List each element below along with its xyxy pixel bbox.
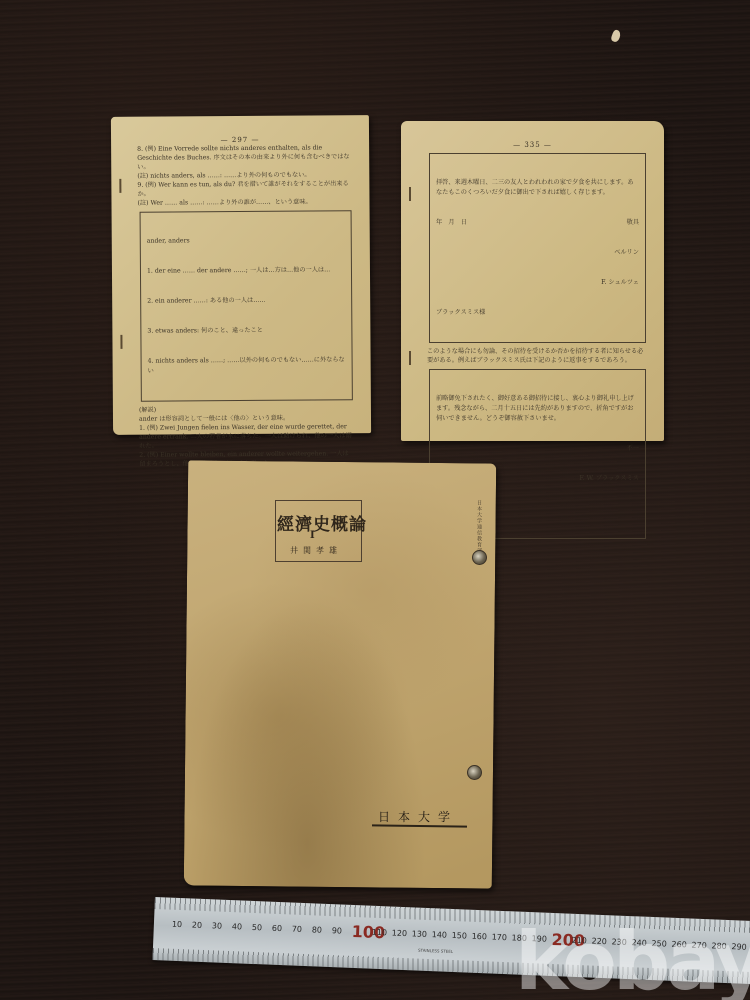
letter-sender: F. W. ブラックスミス xyxy=(579,474,639,484)
letter-invitation: 拝啓、来週木曜日、二三の友人とわれわれの家で夕食を共にします。あなたもこのくつろ… xyxy=(429,153,646,343)
ruler-mark: 50 xyxy=(252,923,263,932)
ruler-mark: 140 xyxy=(432,930,448,940)
ruler-mark: 130 xyxy=(412,929,428,939)
page-number: — 335 — xyxy=(401,141,664,149)
staple xyxy=(120,335,122,349)
body-paragraph: 1. (例) Zwei Jungen fielen ins Wasser, de… xyxy=(113,422,371,451)
book-title: 經濟史概論 xyxy=(277,510,367,535)
ruler-mark: 80 xyxy=(312,925,323,934)
spine-text: 日本大学通信教育部 xyxy=(476,500,483,554)
letter-text: 拝啓、来週木曜日、二三の友人とわれわれの家で夕食を共にします。あなたもこのくつろ… xyxy=(436,178,639,198)
right-textbook-page: — 335 — 拝啓、来週木曜日、二三の友人とわれわれの家で夕食を共にします。あ… xyxy=(401,121,664,441)
note-9: (註) Wer …… als ……: ……より外の誰が……、という意味。 xyxy=(111,197,369,208)
ruler-mark: 170 xyxy=(491,933,507,943)
letter-closing: 敬具 xyxy=(627,218,639,228)
ruler-mark: 10 xyxy=(172,920,183,929)
ruler-mark: 160 xyxy=(471,932,487,942)
rivet-icon xyxy=(467,765,482,780)
staple xyxy=(119,179,121,193)
letter-date: 年 月 日 xyxy=(436,218,467,228)
ruler-mark: 150 xyxy=(452,931,468,941)
left-textbook-page: — 297 — 8. (例) Eine Vorrede sollte nicht… xyxy=(111,115,371,435)
staple xyxy=(409,187,411,201)
letter-recipient: ブラックスミス様 xyxy=(436,308,639,318)
grammar-item: 4. nichts anders als ……; ……以外の何ものでもない……に… xyxy=(148,355,346,376)
ruler-mark: 110 xyxy=(372,928,388,938)
letter-closing: 不一 xyxy=(436,444,639,454)
letter-sender-place: ベルリン xyxy=(436,248,639,258)
rivet-icon xyxy=(472,550,487,565)
ruler-mark: 30 xyxy=(212,921,223,930)
example-8: 8. (例) Eine Vorrede sollte nichts andere… xyxy=(111,143,369,172)
grammar-box: ander, anders 1. der eine …… der andere … xyxy=(140,210,353,401)
grammar-box-heading: ander, anders xyxy=(147,235,345,246)
ruler-mark: 120 xyxy=(392,929,408,939)
watermark: kobay xyxy=(515,915,750,1000)
ruler-mark: 90 xyxy=(332,926,343,935)
ruler-mark: 40 xyxy=(232,922,243,931)
ruler-mark: 70 xyxy=(292,925,303,934)
middle-paragraph: このような場合にも勿論、その招待を受けるか否かを招待する者に知らせる必要がある。… xyxy=(401,347,664,365)
publisher-name: 日本大学 xyxy=(378,808,458,825)
ruler-mark: 20 xyxy=(192,921,203,930)
ruler-mark: 60 xyxy=(272,924,283,933)
grammar-item: 3. etwas anders: 何のこと、違ったこと xyxy=(147,325,345,336)
book-author: 井関孝雄 xyxy=(290,545,342,556)
paper-speck xyxy=(610,29,622,43)
book-volume: I xyxy=(310,530,315,541)
letter-text: 前略御免下されたく、御好意ある御招待に接し、衷心より御礼申し上げます。残念ながら… xyxy=(436,394,639,424)
grammar-item: 2. ein anderer ……: ある他の一人は…… xyxy=(147,295,345,306)
ruler-material-label: STAINLESS STEEL xyxy=(418,948,453,954)
grammar-item: 1. der eine …… der andere ……; 一人は…方は…他の一… xyxy=(147,265,345,276)
example-9: 9. (例) Wer kann es tun, als du? 君を措いて誰がそ… xyxy=(111,179,369,199)
letter-sender: F. シュルツェ xyxy=(436,278,639,288)
staple xyxy=(409,351,411,365)
